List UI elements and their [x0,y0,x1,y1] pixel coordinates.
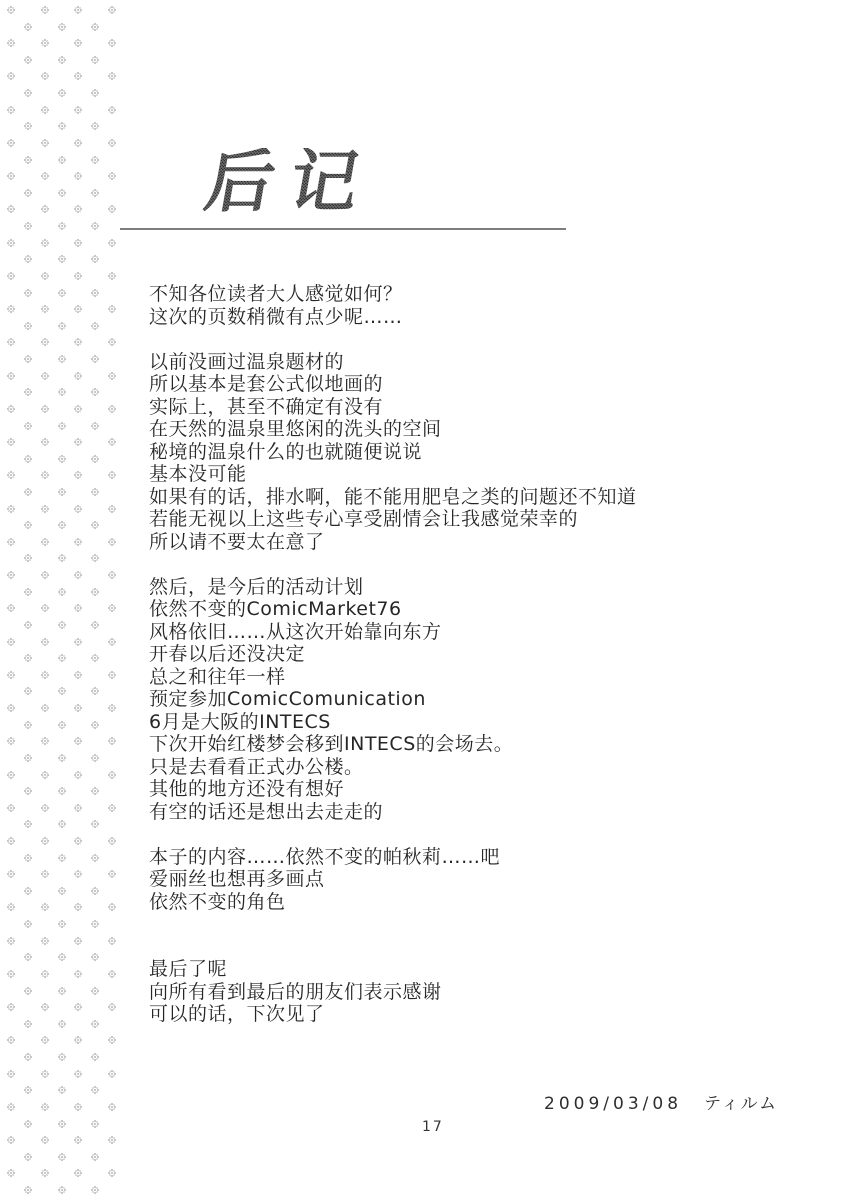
pattern-dot [10,1073,12,1075]
pattern-dot [94,990,96,992]
pattern-dot [10,940,12,942]
pattern-dot [111,1073,113,1075]
text-line: 6月是大阪的INTECS [149,711,637,734]
pattern-dot [10,574,12,576]
pattern-dot [61,790,63,792]
text-line: 以前没画过温泉题材的 [149,351,637,374]
pattern-dot [27,125,29,127]
pattern-dot [111,508,113,510]
text-line: 预定参加ComicComunication [149,688,637,711]
pattern-dot [61,325,63,327]
pattern-dot [94,225,96,227]
text-line: 爱丽丝也想再多画点 [149,868,637,891]
pattern-dot [77,1006,79,1008]
pattern-dot [77,375,79,377]
pattern-dot [77,641,79,643]
pattern-dot [10,341,12,343]
text-line: 开春以后还没决定 [149,643,637,666]
pattern-dot [77,940,79,942]
pattern-dot [27,557,29,559]
paragraph: 最后了呢向所有看到最后的朋友们表示感谢可以的话，下次见了 [149,958,637,1026]
pattern-dot [27,59,29,61]
pattern-dot [44,142,46,144]
pattern-dot [77,707,79,709]
pattern-dot [44,1106,46,1108]
pattern-dot [94,657,96,659]
pattern-dot [27,491,29,493]
pattern-dot [94,1023,96,1025]
pattern-dot [94,1156,96,1158]
pattern-dot [44,840,46,842]
pattern-dot [44,1073,46,1075]
pattern-dot [27,92,29,94]
pattern-dot [111,42,113,44]
text-line: 实际上，甚至不确定有没有 [149,396,637,419]
pattern-dot [94,524,96,526]
pattern-dot [94,425,96,427]
pattern-dot [10,1106,12,1108]
pattern-dot [111,541,113,543]
pattern-dot [27,258,29,260]
pattern-dot [94,857,96,859]
pattern-dot [44,9,46,11]
text-line: 风格依旧……从这次开始靠向东方 [149,621,637,644]
pattern-dot [44,242,46,244]
pattern-dot [27,857,29,859]
pattern-dot [111,940,113,942]
pattern-dot [27,724,29,726]
pattern-dot [77,740,79,742]
pattern-dot [77,341,79,343]
pattern-dot [111,242,113,244]
pattern-dot [10,840,12,842]
pattern-dot [27,192,29,194]
pattern-dot [77,873,79,875]
paragraph: 以前没画过温泉题材的所以基本是套公式似地画的实际上，甚至不确定有没有在天然的温泉… [149,351,637,554]
pattern-dot [77,674,79,676]
text-line: 其他的地方还没有想好 [149,778,637,801]
pattern-dot [61,690,63,692]
pattern-dot [111,641,113,643]
pattern-dot [44,175,46,177]
pattern-dot [44,441,46,443]
pattern-dot [10,1172,12,1174]
pattern-dot [94,1056,96,1058]
pattern-dot [111,973,113,975]
pattern-dot [44,1172,46,1174]
pattern-dot [94,690,96,692]
pattern-dot [10,906,12,908]
pattern-dot [44,707,46,709]
pattern-dot [27,1056,29,1058]
text-line: 向所有看到最后的朋友们表示感谢 [149,981,637,1004]
pattern-dot [61,192,63,194]
pattern-dot [61,391,63,393]
pattern-dot [111,840,113,842]
pattern-dot [44,341,46,343]
pattern-dot [77,142,79,144]
pattern-dot [77,175,79,177]
pattern-dot [10,607,12,609]
pattern-dot [61,358,63,360]
pattern-dot [111,375,113,377]
pattern-dot [44,42,46,44]
pattern-dot [27,26,29,28]
pattern-dot [111,740,113,742]
pattern-dot [77,574,79,576]
pattern-dot [10,42,12,44]
pattern-dot [61,1089,63,1091]
pattern-dot [10,1006,12,1008]
pattern-dot [61,1056,63,1058]
pattern-dot [61,923,63,925]
pattern-dot [61,59,63,61]
pattern-dot [10,1039,12,1041]
pattern-dot [10,109,12,111]
title-underline [120,228,566,230]
pattern-dot [61,624,63,626]
pattern-dot [27,657,29,659]
pattern-dot [111,275,113,277]
pattern-dot [10,641,12,643]
pattern-dot [111,1106,113,1108]
pattern-dot [61,292,63,294]
text-line: 最后了呢 [149,958,637,981]
pattern-dot [44,508,46,510]
text-line: 下次开始红楼梦会移到INTECS的会场去。 [149,733,637,756]
pattern-dot [94,325,96,327]
pattern-dot [61,890,63,892]
text-line: 然后，是今后的活动计划 [149,576,637,599]
pattern-dot [94,491,96,493]
pattern-dot [27,1156,29,1158]
pattern-dot [77,474,79,476]
pattern-dot [111,607,113,609]
pattern-dot [44,873,46,875]
pattern-dot [10,707,12,709]
pattern-dot [94,1089,96,1091]
pattern-dot [27,325,29,327]
pattern-dot [61,425,63,427]
pattern-dot [111,906,113,908]
date-credit: 2009/03/08ティルム [544,1089,778,1114]
pattern-dot [10,142,12,144]
pattern-dot [10,441,12,443]
text-line: 所以请不要太在意了 [149,531,637,554]
pattern-dot [27,425,29,427]
pattern-dot [10,242,12,244]
pattern-dot [94,26,96,28]
pattern-dot [111,873,113,875]
pattern-dot [111,1139,113,1141]
pattern-dot [111,1039,113,1041]
pattern-dot [27,358,29,360]
pattern-dot [94,391,96,393]
pattern-dot [111,175,113,177]
pattern-dot [111,208,113,210]
pattern-dot [10,873,12,875]
pattern-dot [111,1172,113,1174]
pattern-dot [61,857,63,859]
pattern-dot [111,774,113,776]
pattern-dot [44,308,46,310]
pattern-dot [27,1189,29,1191]
pattern-dot [111,474,113,476]
pattern-dot [94,757,96,759]
pattern-dot [10,75,12,77]
pattern-dot [77,973,79,975]
pattern-dot [111,441,113,443]
pattern-dot [94,1123,96,1125]
pattern-dot [61,159,63,161]
pattern-dot [94,591,96,593]
text-line: 有空的话还是想出去走走的 [149,801,637,824]
pattern-dot [61,92,63,94]
pattern-dot [111,75,113,77]
pattern-dot [94,292,96,294]
pattern-dot [61,1023,63,1025]
pattern-dot [77,275,79,277]
pattern-dot [111,408,113,410]
text-line: 在天然的温泉里悠闲的洗头的空间 [149,418,637,441]
pattern-dot [77,541,79,543]
pattern-dot [111,142,113,144]
pattern-dot [94,823,96,825]
pattern-dot [61,524,63,526]
dot-pattern [0,0,120,1200]
pattern-dot [111,707,113,709]
pattern-dot [61,225,63,227]
text-line: 依然不变的角色 [149,891,637,914]
pattern-dot [44,1006,46,1008]
pattern-dot [27,956,29,958]
text-line: 只是去看看正式办公楼。 [149,756,637,779]
pattern-dot [10,9,12,11]
text-line: 本子的内容……依然不变的帕秋莉……吧 [149,846,637,869]
pattern-dot [10,740,12,742]
pattern-dot [27,225,29,227]
pattern-dot [10,474,12,476]
pattern-dot [27,292,29,294]
pattern-dot [111,9,113,11]
pattern-dot [44,474,46,476]
pattern-dot [77,75,79,77]
pattern-dot [44,408,46,410]
text-line: 可以的话，下次见了 [149,1003,637,1026]
pattern-dot [27,823,29,825]
pattern-dot [10,375,12,377]
pattern-dot [94,358,96,360]
pattern-dot [77,242,79,244]
pattern-dot [61,491,63,493]
body-text: 不知各位读者大人感觉如何？这次的页数稍微有点少呢……以前没画过温泉题材的所以基本… [149,283,637,1026]
text-line: 总之和往年一样 [149,666,637,689]
pattern-dot [27,591,29,593]
pattern-dot [61,657,63,659]
pattern-dot [44,275,46,277]
pattern-dot [27,159,29,161]
pattern-dot [44,906,46,908]
pattern-dot [94,458,96,460]
pattern-dot [94,923,96,925]
pattern-dot [61,956,63,958]
pattern-dot [77,1106,79,1108]
pattern-dot [44,774,46,776]
pattern-dot [10,275,12,277]
pattern-dot [10,774,12,776]
pattern-dot [44,973,46,975]
text-line: 依然不变的ComicMarket76 [149,598,637,621]
pattern-dot [44,674,46,676]
pattern-dot [44,574,46,576]
author-name: ティルム [704,1094,778,1114]
pattern-dot [61,591,63,593]
pattern-dot [27,1123,29,1125]
pattern-dot [44,541,46,543]
paragraph: 然后，是今后的活动计划依然不变的ComicMarket76风格依旧……从这次开始… [149,576,637,824]
pattern-dot [77,508,79,510]
pattern-dot [27,990,29,992]
paragraph: 本子的内容……依然不变的帕秋莉……吧爱丽丝也想再多画点依然不变的角色 [149,846,637,914]
publish-date: 2009/03/08 [544,1094,682,1114]
pattern-dot [61,757,63,759]
pattern-dot [44,1039,46,1041]
pattern-dot [44,375,46,377]
pattern-dot [94,192,96,194]
pattern-dot [61,1189,63,1191]
pattern-dot [27,391,29,393]
pattern-dot [77,774,79,776]
pattern-dot [61,557,63,559]
pattern-dot [10,208,12,210]
pattern-dot [77,807,79,809]
pattern-dot [77,1073,79,1075]
pattern-dot [111,574,113,576]
pattern-dot [10,408,12,410]
pattern-dot [61,990,63,992]
text-line: 这次的页数稍微有点少呢…… [149,306,637,329]
pattern-dot [77,109,79,111]
pattern-dot [94,125,96,127]
pattern-dot [10,807,12,809]
pattern-dot [27,624,29,626]
pattern-dot [94,59,96,61]
pattern-dot [94,790,96,792]
page: 后记 不知各位读者大人感觉如何？这次的页数稍微有点少呢……以前没画过温泉题材的所… [0,0,852,1200]
pattern-dot [77,308,79,310]
pattern-dot [10,674,12,676]
text-line: 基本没可能 [149,463,637,486]
pattern-dot [61,823,63,825]
pattern-dot [44,740,46,742]
pattern-dot [27,890,29,892]
text-line: 如果有的话，排水啊，能不能用肥皂之类的问题还不知道 [149,486,637,509]
pattern-dot [10,308,12,310]
pattern-dot [10,541,12,543]
pattern-dot [61,26,63,28]
pattern-dot [77,1172,79,1174]
pattern-dot [111,109,113,111]
pattern-dot [61,1156,63,1158]
page-number: 17 [422,1119,444,1135]
pattern-dot [77,607,79,609]
text-line: 所以基本是套公式似地画的 [149,373,637,396]
pattern-dot [94,159,96,161]
pattern-dot [27,690,29,692]
pattern-dot [77,9,79,11]
pattern-dot [94,724,96,726]
pattern-dot [111,341,113,343]
pattern-dot [94,624,96,626]
pattern-dot [77,408,79,410]
pattern-dot [44,641,46,643]
pattern-dot [94,92,96,94]
pattern-dot [77,906,79,908]
pattern-dot [61,125,63,127]
pattern-dot [77,840,79,842]
pattern-dot [10,508,12,510]
pattern-dot [10,973,12,975]
pattern-dot [61,1123,63,1125]
pattern-dot [94,258,96,260]
paragraph: 不知各位读者大人感觉如何？这次的页数稍微有点少呢…… [149,283,637,328]
text-line: 若能无视以上这些专心享受剧情会让我感觉荣幸的 [149,508,637,531]
pattern-dot [44,1139,46,1141]
pattern-dot [61,258,63,260]
pattern-dot [44,607,46,609]
pattern-dot [10,175,12,177]
pattern-dot [27,458,29,460]
pattern-dot [111,308,113,310]
pattern-dot [27,1023,29,1025]
pattern-dot [94,956,96,958]
pattern-dot [77,42,79,44]
pattern-dot [10,1139,12,1141]
text-line: 秘境的温泉什么的也就随便说说 [149,441,637,464]
pattern-dot [111,807,113,809]
pattern-dot [94,557,96,559]
pattern-dot [111,1006,113,1008]
page-title: 后记 [200,148,380,218]
pattern-dot [61,724,63,726]
pattern-dot [44,807,46,809]
pattern-dot [44,208,46,210]
pattern-dot [27,790,29,792]
pattern-dot [27,757,29,759]
pattern-dot [94,890,96,892]
pattern-dot [27,524,29,526]
pattern-dot [94,1189,96,1191]
pattern-dot [27,1089,29,1091]
pattern-dot [77,441,79,443]
pattern-dot [61,458,63,460]
pattern-dot [44,75,46,77]
pattern-dot [27,923,29,925]
pattern-dot [44,940,46,942]
pattern-dot [77,1039,79,1041]
pattern-dot [111,674,113,676]
pattern-dot [44,109,46,111]
text-line: 不知各位读者大人感觉如何？ [149,283,637,306]
pattern-dot [77,1139,79,1141]
pattern-dot [77,208,79,210]
